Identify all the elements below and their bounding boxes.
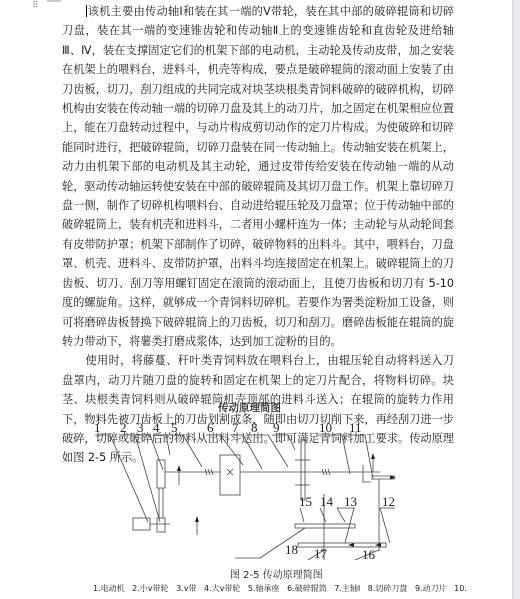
svg-text:18: 18 bbox=[285, 542, 298, 557]
svg-text:3: 3 bbox=[137, 420, 144, 435]
document-page: ⠿ 该机主要由传动轴Ⅰ和装在其一端的Ⅴ带轮，装在其中部的破碎辊筒和切碎刀盘，装在… bbox=[0, 0, 513, 599]
svg-text:9: 9 bbox=[273, 420, 280, 435]
svg-text:11: 11 bbox=[349, 420, 362, 435]
svg-text:8: 8 bbox=[251, 420, 258, 435]
svg-text:16: 16 bbox=[362, 547, 376, 560]
figure-caption: 图 2-5 传动原理简图 bbox=[230, 566, 323, 581]
figure-legend: 1.电动机 2.小v带轮 3.v带 4.大v带轮 5.轴承座 6.破碎辊筒 7.… bbox=[93, 583, 467, 594]
text-cursor bbox=[86, 5, 87, 17]
svg-text:14: 14 bbox=[320, 494, 334, 509]
svg-text:2: 2 bbox=[120, 420, 127, 435]
paragraph-1-text: 该机主要由传动轴Ⅰ和装在其一端的Ⅴ带轮，装在其中部的破碎辊筒和切碎刀盘，装在其一… bbox=[62, 5, 454, 348]
svg-text:5: 5 bbox=[171, 420, 178, 435]
svg-text:15: 15 bbox=[299, 494, 312, 509]
transmission-diagram: 1 2 3 4 5 6 7 8 9 10 11 12 13 14 15 16 1… bbox=[90, 410, 420, 560]
page-top-marker bbox=[47, 0, 61, 2]
paragraph-1[interactable]: 该机主要由传动轴Ⅰ和装在其一端的Ⅴ带轮，装在其中部的破碎辊筒和切碎刀盘，装在其一… bbox=[62, 2, 454, 351]
svg-text:10: 10 bbox=[319, 420, 332, 435]
vertical-scrollbar[interactable] bbox=[512, 0, 520, 599]
drag-handle-icon[interactable]: ⠿ bbox=[32, 4, 42, 9]
svg-text:4: 4 bbox=[153, 420, 160, 435]
svg-text:12: 12 bbox=[382, 494, 395, 509]
svg-text:17: 17 bbox=[314, 546, 328, 560]
part-labels: 1 2 3 4 5 6 7 8 9 10 11 12 13 14 15 16 1… bbox=[94, 420, 395, 560]
svg-text:7: 7 bbox=[232, 420, 239, 435]
document-body[interactable]: 该机主要由传动轴Ⅰ和装在其一端的Ⅴ带轮，装在其中部的破碎辊筒和切碎刀盘，装在其一… bbox=[62, 2, 454, 468]
svg-text:13: 13 bbox=[344, 494, 357, 509]
svg-text:6: 6 bbox=[207, 420, 214, 435]
svg-text:1: 1 bbox=[94, 420, 101, 435]
